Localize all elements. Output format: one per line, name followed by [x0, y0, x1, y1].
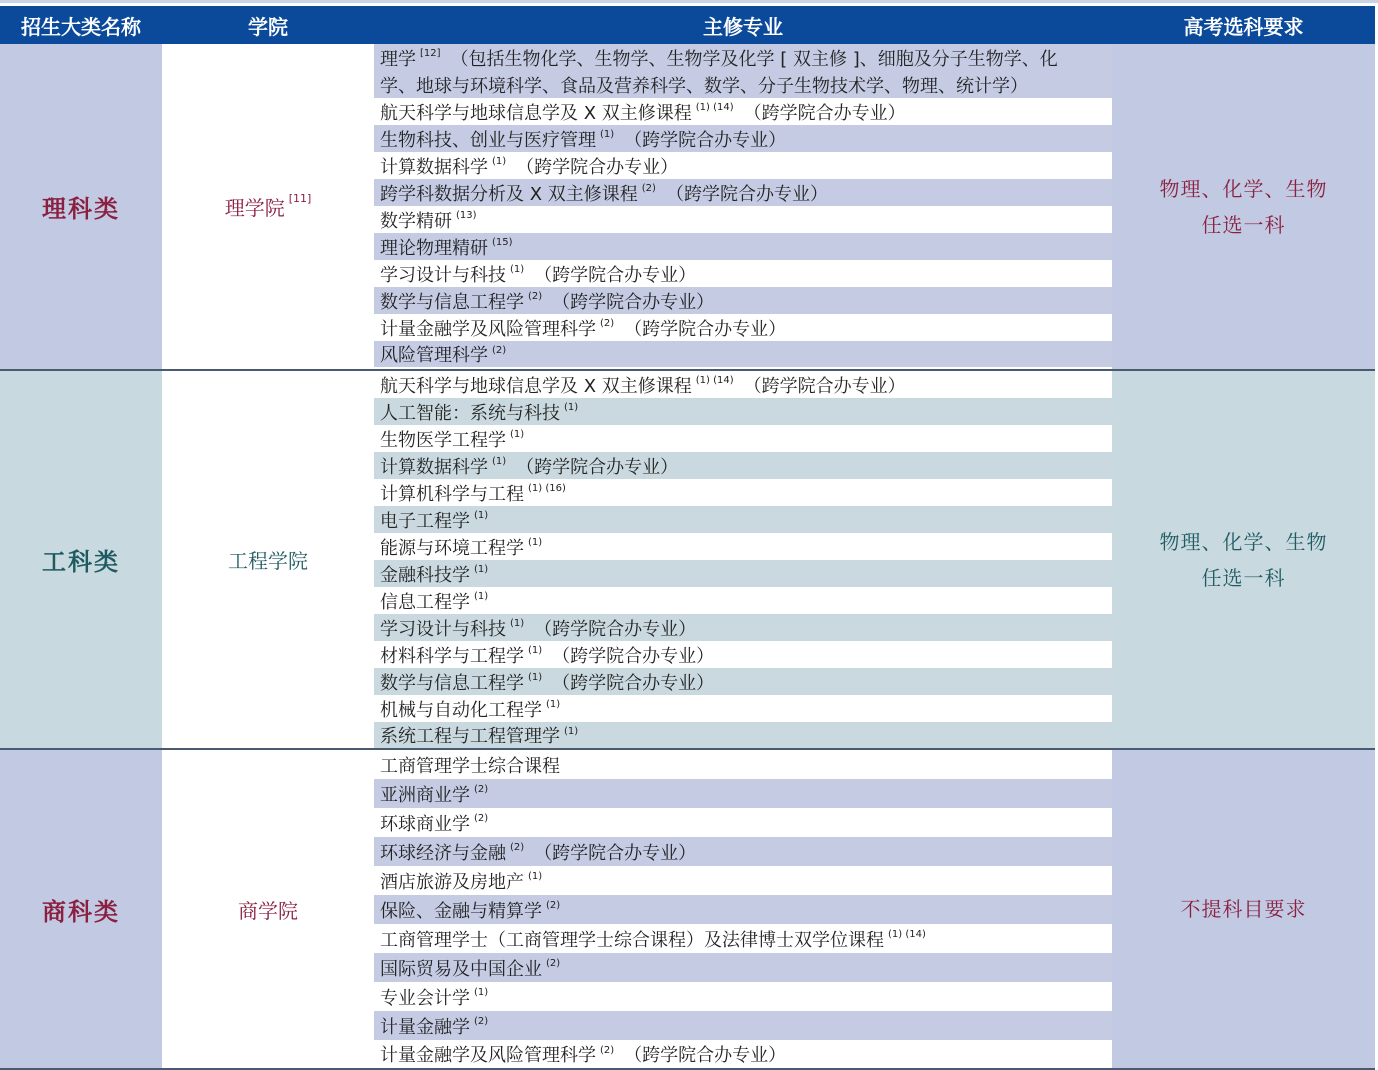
major-note: （跨学院合办专业） — [744, 99, 906, 125]
requirement-line1: 物理、化学、生物 — [1160, 171, 1328, 207]
major-name: 理论物理精研 — [380, 234, 488, 260]
admissions-table: 招生大类名称 学院 主修专业 高考选科要求 理科类 理学院[11] 理学[12]… — [0, 0, 1378, 1070]
major-name: 国际贸易及中国企业 — [380, 955, 542, 981]
major-row: 航天科学与地球信息学及 X 双主修课程(1) (14)（跨学院合办专业） — [374, 98, 1112, 125]
major-footnote: (2) — [492, 345, 506, 356]
major-name: 电子工程学 — [380, 507, 470, 533]
requirement-line2: 任选一科 — [1202, 560, 1286, 596]
major-note: （跨学院合办专业） — [552, 288, 714, 314]
requirement-science: 物理、化学、生物 任选一科 — [1112, 44, 1375, 369]
major-row: 信息工程学(1) — [374, 587, 1112, 614]
major-footnote: (1) (14) — [696, 375, 734, 386]
major-row: 亚洲商业学(2) — [374, 779, 1112, 808]
major-name: 生物医学工程学 — [380, 426, 506, 452]
major-row: 能源与环境工程学(1) — [374, 533, 1112, 560]
major-name: 航天科学与地球信息学及 X 双主修课程 — [380, 99, 692, 125]
major-footnote: (1) — [510, 264, 524, 275]
major-footnote: (1) — [528, 672, 542, 683]
major-row: 环球商业学(2) — [374, 808, 1112, 837]
major-name: 学、地球与环境科学、食品及营养科学、数学、分子生物技术学、物理、统计学） — [380, 72, 1028, 98]
major-row: 学习设计与科技(1)（跨学院合办专业） — [374, 260, 1112, 287]
school-business: 商学院 — [162, 750, 374, 1068]
major-name: 酒店旅游及房地产 — [380, 868, 524, 894]
majors-list-business: 工商管理学士综合课程亚洲商业学(2)环球商业学(2)环球经济与金融(2)（跨学院… — [374, 750, 1112, 1068]
major-name: 计算数据科学 — [380, 153, 488, 179]
major-name: 能源与环境工程学 — [380, 534, 524, 560]
major-row: 生物科技、创业与医疗管理(1)（跨学院合办专业） — [374, 125, 1112, 152]
major-row: 计算数据科学(1)（跨学院合办专业） — [374, 452, 1112, 479]
major-row: 专业会计学(1) — [374, 982, 1112, 1011]
major-row: 计量金融学(2) — [374, 1011, 1112, 1040]
major-footnote: (1) — [528, 645, 542, 656]
major-footnote: (1) — [510, 429, 524, 440]
major-name: 计算数据科学 — [380, 453, 488, 479]
major-name: 数学与信息工程学 — [380, 669, 524, 695]
major-row: 金融科技学(1) — [374, 560, 1112, 587]
major-name: 生物科技、创业与医疗管理 — [380, 126, 596, 152]
major-row: 学、地球与环境科学、食品及营养科学、数学、分子生物技术学、物理、统计学） — [374, 71, 1112, 98]
major-name: 学习设计与科技 — [380, 261, 506, 287]
major-name: 系统工程与工程管理学 — [380, 722, 560, 748]
major-name: 材料科学与工程学 — [380, 642, 524, 668]
section-business: 商科类 商学院 工商管理学士综合课程亚洲商业学(2)环球商业学(2)环球经济与金… — [0, 750, 1375, 1068]
major-name: 学习设计与科技 — [380, 615, 506, 641]
major-footnote: (1) — [474, 987, 488, 998]
major-row: 学习设计与科技(1)（跨学院合办专业） — [374, 614, 1112, 641]
school-engineering: 工程学院 — [162, 371, 374, 748]
major-row: 理学[12]（包括生物化学、生物学、生物学及化学 [ 双主修 ]、细胞及分子生物… — [374, 44, 1112, 71]
major-name: 计算机科学与工程 — [380, 480, 524, 506]
major-footnote: (1) — [492, 156, 506, 167]
major-note: （跨学院合办专业） — [516, 453, 678, 479]
major-name: 风险管理科学 — [380, 341, 488, 367]
major-row: 风险管理科学(2) — [374, 341, 1112, 367]
major-name: 环球商业学 — [380, 810, 470, 836]
section-science: 理科类 理学院[11] 理学[12]（包括生物化学、生物学、生物学及化学 [ 双… — [0, 44, 1375, 369]
major-row: 国际贸易及中国企业(2) — [374, 953, 1112, 982]
major-name: 计量金融学 — [380, 1013, 470, 1039]
category-engineering: 工科类 — [0, 371, 162, 748]
major-note: （跨学院合办专业） — [552, 669, 714, 695]
major-row: 数学与信息工程学(1)（跨学院合办专业） — [374, 668, 1112, 695]
school-name: 理学院 — [225, 192, 285, 221]
major-row: 计量金融学及风险管理科学(2)（跨学院合办专业） — [374, 314, 1112, 341]
major-row: 理论物理精研(15) — [374, 233, 1112, 260]
major-name: 环球经济与金融 — [380, 839, 506, 865]
major-row: 材料科学与工程学(1)（跨学院合办专业） — [374, 641, 1112, 668]
major-row: 环球经济与金融(2)（跨学院合办专业） — [374, 837, 1112, 866]
major-footnote: (1) — [510, 618, 524, 629]
table-header: 招生大类名称 学院 主修专业 高考选科要求 — [0, 6, 1375, 44]
major-footnote: (1) — [492, 456, 506, 467]
major-row: 计量金融学及风险管理科学(2)（跨学院合办专业） — [374, 1040, 1112, 1068]
major-note: （跨学院合办专业） — [552, 642, 714, 668]
major-row: 数学与信息工程学(2)（跨学院合办专业） — [374, 287, 1112, 314]
header-requirement: 高考选科要求 — [1112, 6, 1375, 44]
major-footnote: (1) (14) — [696, 102, 734, 113]
school-name: 商学院 — [238, 895, 298, 924]
major-note: （跨学院合办专业） — [666, 180, 828, 206]
requirement-business: 不提科目要求 — [1112, 750, 1375, 1068]
major-row: 系统工程与工程管理学(1) — [374, 722, 1112, 748]
major-footnote: (2) — [546, 958, 560, 969]
major-name: 计量金融学及风险管理科学 — [380, 315, 596, 341]
major-footnote: (1) — [528, 871, 542, 882]
major-footnote: (2) — [546, 900, 560, 911]
major-footnote: (2) — [510, 842, 524, 853]
header-school: 学院 — [162, 6, 374, 44]
header-majors: 主修专业 — [374, 6, 1112, 44]
major-footnote: (1) — [564, 402, 578, 413]
major-row: 计算机科学与工程(1) (16) — [374, 479, 1112, 506]
major-row: 电子工程学(1) — [374, 506, 1112, 533]
major-row: 人工智能：系统与科技(1) — [374, 398, 1112, 425]
category-business: 商科类 — [0, 750, 162, 1068]
major-footnote: (1) (14) — [888, 929, 926, 940]
major-row: 工商管理学士（工商管理学士综合课程）及法律博士双学位课程(1) (14) — [374, 924, 1112, 953]
major-footnote: (1) — [474, 591, 488, 602]
major-footnote: (2) — [528, 291, 542, 302]
major-footnote: (2) — [474, 813, 488, 824]
school-name: 工程学院 — [228, 545, 308, 574]
major-footnote: (2) — [600, 1045, 614, 1056]
requirement-line1: 不提科目要求 — [1181, 891, 1307, 927]
requirement-line1: 物理、化学、生物 — [1160, 524, 1328, 560]
major-note: （跨学院合办专业） — [516, 153, 678, 179]
school-science: 理学院[11] — [162, 44, 374, 369]
major-row: 机械与自动化工程学(1) — [374, 695, 1112, 722]
majors-list-science: 理学[12]（包括生物化学、生物学、生物学及化学 [ 双主修 ]、细胞及分子生物… — [374, 44, 1112, 369]
major-note: （跨学院合办专业） — [624, 1041, 786, 1067]
major-name: 保险、金融与精算学 — [380, 897, 542, 923]
major-note: （跨学院合办专业） — [624, 126, 786, 152]
major-footnote: (1) (16) — [528, 483, 566, 494]
major-row: 生物医学工程学(1) — [374, 425, 1112, 452]
major-footnote: (1) — [474, 564, 488, 575]
section-engineering: 工科类 工程学院 航天科学与地球信息学及 X 双主修课程(1) (14)（跨学院… — [0, 371, 1375, 748]
major-name: 机械与自动化工程学 — [380, 696, 542, 722]
major-row: 工商管理学士综合课程 — [374, 750, 1112, 779]
major-row: 数学精研(13) — [374, 206, 1112, 233]
major-footnote: (1) — [564, 726, 578, 737]
majors-list-engineering: 航天科学与地球信息学及 X 双主修课程(1) (14)（跨学院合办专业）人工智能… — [374, 371, 1112, 748]
header-category: 招生大类名称 — [0, 6, 162, 44]
major-name: 航天科学与地球信息学及 X 双主修课程 — [380, 372, 692, 398]
major-name: 计量金融学及风险管理科学 — [380, 1041, 596, 1067]
major-note: （跨学院合办专业） — [534, 615, 696, 641]
major-footnote: (2) — [474, 784, 488, 795]
major-footnote: (2) — [642, 183, 656, 194]
major-name: 工商管理学士（工商管理学士综合课程）及法律博士双学位课程 — [380, 926, 884, 952]
major-name: 跨学科数据分析及 X 双主修课程 — [380, 180, 638, 206]
major-note: （跨学院合办专业） — [534, 839, 696, 865]
major-name: 数学精研 — [380, 207, 452, 233]
major-footnote: (2) — [474, 1016, 488, 1027]
major-row: 跨学科数据分析及 X 双主修课程(2)（跨学院合办专业） — [374, 179, 1112, 206]
major-note: （跨学院合办专业） — [534, 261, 696, 287]
major-name: 亚洲商业学 — [380, 781, 470, 807]
major-footnote: (13) — [456, 210, 477, 221]
major-note: （跨学院合办专业） — [624, 315, 786, 341]
major-row: 保险、金融与精算学(2) — [374, 895, 1112, 924]
major-name: 金融科技学 — [380, 561, 470, 587]
major-footnote: [12] — [420, 48, 441, 59]
major-name: 理学 — [380, 45, 416, 71]
major-footnote: (1) — [528, 537, 542, 548]
major-name: 专业会计学 — [380, 984, 470, 1010]
requirement-engineering: 物理、化学、生物 任选一科 — [1112, 371, 1375, 748]
requirement-line2: 任选一科 — [1202, 207, 1286, 243]
major-name: 数学与信息工程学 — [380, 288, 524, 314]
major-footnote: (1) — [474, 510, 488, 521]
major-footnote: (1) — [546, 699, 560, 710]
category-science: 理科类 — [0, 44, 162, 369]
major-footnote: (1) — [600, 129, 614, 140]
major-name: 人工智能：系统与科技 — [380, 399, 560, 425]
major-row: 计算数据科学(1)（跨学院合办专业） — [374, 152, 1112, 179]
major-row: 酒店旅游及房地产(1) — [374, 866, 1112, 895]
major-name: 信息工程学 — [380, 588, 470, 614]
major-footnote: (15) — [492, 237, 513, 248]
major-note: （跨学院合办专业） — [744, 372, 906, 398]
school-footnote: [11] — [289, 192, 312, 205]
major-note: （包括生物化学、生物学、生物学及化学 [ 双主修 ]、细胞及分子生物学、化 — [451, 45, 1058, 71]
major-footnote: (2) — [600, 318, 614, 329]
major-row: 航天科学与地球信息学及 X 双主修课程(1) (14)（跨学院合办专业） — [374, 371, 1112, 398]
major-name: 工商管理学士综合课程 — [380, 752, 560, 778]
